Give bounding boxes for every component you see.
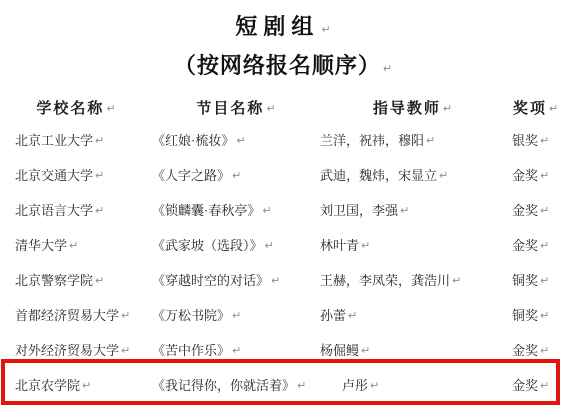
cell-program: 《人字之路》↵ (152, 165, 320, 184)
page-title-text: 短剧组 (235, 14, 319, 39)
cell-school: 北京工业大学↵ (0, 130, 152, 149)
cell-program: 《苦中作乐》↵ (152, 340, 320, 359)
cell-school: 清华大学↵ (0, 235, 152, 254)
cell-teachers: 林叶青↵ (320, 235, 505, 254)
cell-program: 《武家坡（选段）》↵ (152, 235, 320, 254)
paragraph-mark-icon: ↵ (348, 309, 357, 322)
paragraph-mark-icon: ↵ (443, 102, 452, 115)
paragraph-mark-icon: ↵ (121, 344, 130, 357)
paragraph-mark-icon: ↵ (69, 239, 78, 252)
cell-award: 铜奖↵ (505, 305, 566, 324)
paragraph-mark-icon: ↵ (400, 204, 409, 217)
cell-award: 金奖↵ (505, 375, 566, 394)
paragraph-mark-icon: ↵ (271, 274, 280, 287)
cell-school: 首都经济贸易大学↵ (0, 305, 152, 324)
paragraph-mark-icon: ↵ (370, 379, 379, 392)
cell-program: 《穿越时空的对话》↵ (152, 270, 320, 289)
cell-teachers: 孙蕾↵ (320, 305, 505, 324)
paragraph-mark-icon: ↵ (361, 239, 370, 252)
paragraph-mark-icon: ↵ (361, 344, 370, 357)
cell-award: 金奖↵ (505, 340, 566, 359)
cell-program: 《我记得你，你就活着》↵ (152, 375, 320, 394)
paragraph-mark-icon: ↵ (540, 309, 549, 322)
col-header-school: 学校名称↵ (0, 97, 152, 118)
paragraph-mark-icon: ↵ (95, 134, 104, 147)
paragraph-mark-icon: ↵ (236, 134, 245, 147)
cell-program: 《万松书院》↵ (152, 305, 320, 324)
paragraph-mark-icon: ↵ (232, 309, 241, 322)
cell-award: 银奖↵ (505, 130, 566, 149)
cell-award: 金奖↵ (505, 165, 566, 184)
cell-award: 金奖↵ (505, 200, 566, 219)
cell-award: 铜奖↵ (505, 270, 566, 289)
paragraph-mark-icon: ↵ (383, 62, 392, 75)
paragraph-mark-icon: ↵ (95, 169, 104, 182)
cell-teachers: 兰洋，祝祎，穆阳↵ (320, 130, 505, 149)
paragraph-mark-icon: ↵ (540, 344, 549, 357)
paragraph-mark-icon: ↵ (266, 102, 275, 115)
cell-school: 北京交通大学↵ (0, 165, 152, 184)
paragraph-mark-icon: ↵ (82, 379, 91, 392)
paragraph-mark-icon: ↵ (321, 23, 330, 36)
cell-award: 金奖↵ (505, 235, 566, 254)
cell-program: 《锁麟囊·春秋亭》↵ (152, 200, 320, 219)
page-subtitle: （按网络报名顺序）↵ (0, 49, 566, 80)
document-page: 短剧组↵ （按网络报名顺序）↵ 学校名称↵ 节目名称↵ 指导教师↵ 奖项↵ 北京… (0, 0, 566, 413)
paragraph-mark-icon: ↵ (95, 274, 104, 287)
paragraph-mark-icon: ↵ (540, 239, 549, 252)
paragraph-mark-icon: ↵ (540, 274, 549, 287)
col-header-program: 节目名称↵ (152, 97, 320, 118)
paragraph-mark-icon: ↵ (540, 169, 549, 182)
cell-teachers: 杨倔鳗↵ (320, 340, 505, 359)
cell-school: 对外经济贸易大学↵ (0, 340, 152, 359)
table-row-highlighted: 北京农学院↵ 《我记得你，你就活着》↵ 卢彤↵ 金奖↵ (0, 367, 566, 402)
page-subtitle-text: （按网络报名顺序） (174, 53, 381, 78)
paragraph-mark-icon: ↵ (540, 134, 549, 147)
cell-school: 北京警察学院↵ (0, 270, 152, 289)
table-row: 北京语言大学↵ 《锁麟囊·春秋亭》↵ 刘卫国，李强↵ 金奖↵ (0, 192, 566, 227)
paragraph-mark-icon: ↵ (106, 102, 115, 115)
col-header-teachers: 指导教师↵ (320, 97, 505, 118)
cell-teachers: 卢彤↵ (320, 375, 505, 394)
table-row: 首都经济贸易大学↵ 《万松书院》↵ 孙蕾↵ 铜奖↵ (0, 297, 566, 332)
paragraph-mark-icon: ↵ (452, 274, 461, 287)
paragraph-mark-icon: ↵ (549, 102, 558, 115)
cell-teachers: 王赫，李凤荣，龚浩川↵ (320, 270, 505, 289)
paragraph-mark-icon: ↵ (297, 379, 306, 392)
paragraph-mark-icon: ↵ (232, 169, 241, 182)
awards-table: 学校名称↵ 节目名称↵ 指导教师↵ 奖项↵ 北京工业大学↵ 《红娘·梳妆》↵ 兰… (0, 92, 566, 402)
table-row: 清华大学↵ 《武家坡（选段）》↵ 林叶青↵ 金奖↵ (0, 227, 566, 262)
table-row: 对外经济贸易大学↵ 《苦中作乐》↵ 杨倔鳗↵ 金奖↵ (0, 332, 566, 367)
cell-teachers: 武迪，魏炜，宋显立↵ (320, 165, 505, 184)
paragraph-mark-icon: ↵ (121, 309, 130, 322)
paragraph-mark-icon: ↵ (265, 239, 274, 252)
paragraph-mark-icon: ↵ (262, 204, 271, 217)
paragraph-mark-icon: ↵ (232, 344, 241, 357)
paragraph-mark-icon: ↵ (439, 169, 448, 182)
table-row: 北京交通大学↵ 《人字之路》↵ 武迪，魏炜，宋显立↵ 金奖↵ (0, 157, 566, 192)
col-header-award: 奖项↵ (505, 97, 566, 118)
table-header-row: 学校名称↵ 节目名称↵ 指导教师↵ 奖项↵ (0, 92, 566, 122)
paragraph-mark-icon: ↵ (540, 204, 549, 217)
paragraph-mark-icon: ↵ (540, 379, 549, 392)
cell-school: 北京语言大学↵ (0, 200, 152, 219)
cell-program: 《红娘·梳妆》↵ (152, 130, 320, 149)
page-title: 短剧组↵ (0, 10, 566, 41)
cell-school: 北京农学院↵ (0, 375, 152, 394)
table-row: 北京警察学院↵ 《穿越时空的对话》↵ 王赫，李凤荣，龚浩川↵ 铜奖↵ (0, 262, 566, 297)
paragraph-mark-icon: ↵ (426, 134, 435, 147)
paragraph-mark-icon: ↵ (95, 204, 104, 217)
table-row: 北京工业大学↵ 《红娘·梳妆》↵ 兰洋，祝祎，穆阳↵ 银奖↵ (0, 122, 566, 157)
cell-teachers: 刘卫国，李强↵ (320, 200, 505, 219)
